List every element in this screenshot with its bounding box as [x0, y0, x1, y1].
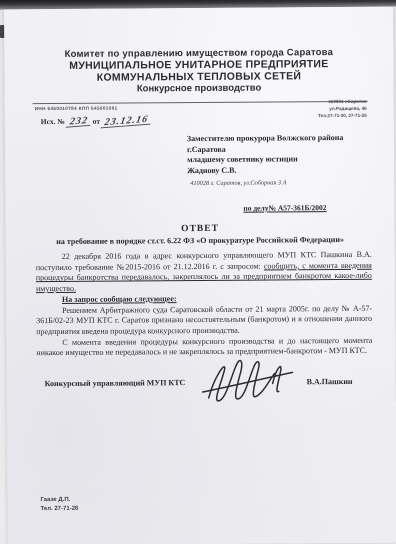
executor-phone: Тел. 27-71-26	[40, 505, 78, 514]
case-reference: по делу№ А57-361Б/2002	[243, 203, 326, 213]
recipient-name: Жаднову С.В.	[187, 164, 382, 176]
outgoing-date-handwritten: 23.12.16	[101, 115, 152, 129]
outgoing-of-label: от	[93, 117, 100, 126]
body-paragraph-1: 22 декабря 2016 года в адрес конкурсного…	[36, 250, 372, 295]
outgoing-label: Исх. №	[41, 117, 65, 126]
recipient-block: Заместителю прокурора Волжского района г…	[187, 133, 382, 177]
signature-name: В.А.Пашкин	[307, 377, 353, 386]
letter-body: 22 декабря 2016 года в адрес конкурсного…	[36, 250, 373, 360]
outgoing-number-handwritten: 232	[66, 116, 92, 128]
signature-title: Конкурсный управляющий МУП КТС	[45, 378, 186, 388]
scanned-letter-screenshot: { "document": { "header": { "committee":…	[0, 0, 396, 544]
outgoing-number-line: Исх. № 232 от 23.12.16	[41, 116, 151, 127]
handwritten-signature-icon	[196, 353, 296, 408]
body-paragraph-2: Решением Арбитражного суда Саратовской о…	[36, 303, 372, 338]
document-title: ОТВЕТ	[6, 223, 395, 236]
letterhead: Комитет по управлению имуществом города …	[4, 47, 393, 97]
letterhead-proceeding: Конкурсное производство	[5, 82, 394, 97]
executor-contact-block: Гаазе Д.П. Тел. 27-71-26	[40, 496, 78, 514]
inn-kpp-line: ИНН 6450010784 КПП 645001001	[35, 106, 118, 112]
org-address-block: 410031 г.Саратов ул.Радищева, 46 Тел.27-…	[318, 98, 367, 120]
executor-name: Гаазе Д.П.	[40, 496, 78, 505]
document-subtitle: на требование в порядке ст.ст. 6.22 ФЗ «…	[6, 235, 395, 247]
document-page: Комитет по управлению имуществом города …	[4, 7, 396, 544]
signature-row: Конкурсный управляющий МУП КТС В.А.Пашки…	[45, 377, 375, 379]
recipient-address: 410028 г. Саратов, ул.Соборная 3 А	[190, 179, 286, 187]
org-address-phone: Тел.27-71-30, 27-71-26	[318, 112, 367, 119]
